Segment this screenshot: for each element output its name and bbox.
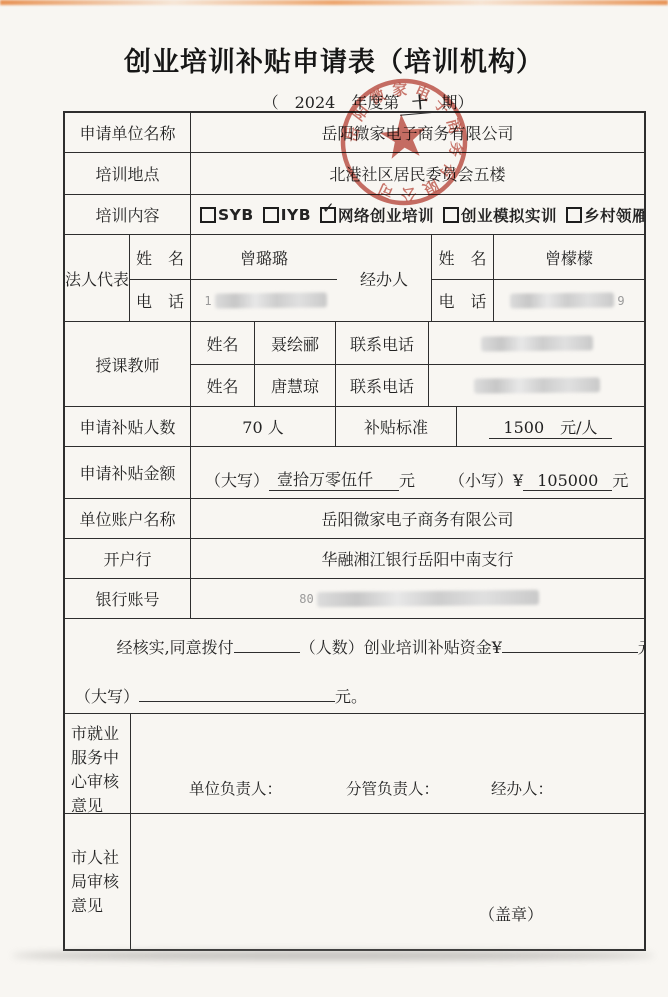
row-legal-rep-agent: 法人代表 姓 名 曾璐璐 电 话 1 经办人 姓 名 曾檬檬 电 话 — [65, 235, 644, 322]
legal-rep-phone-redacted: 1 — [191, 280, 337, 321]
blank-line — [502, 637, 638, 653]
account-no-redacted: 80 — [191, 579, 644, 618]
amount-daxie-label: （大写） — [205, 468, 269, 491]
teachers-cells: 姓名 聂绘郦 联系电话 姓名 唐慧琼 联系电话 — [191, 322, 644, 406]
redaction-blur — [473, 377, 599, 393]
center-review-body: 单位负责人： 分管负责人： 经办人： — [131, 714, 644, 813]
row-location: 培训地点 北港社区居民委员会五楼 — [65, 153, 644, 195]
subtitle-open: （ — [263, 93, 279, 112]
unit-responsible-label: 单位负责人： — [189, 777, 282, 799]
content-label: 培训内容 — [65, 195, 191, 234]
amount-xiaoxie-label: （小写）¥ — [449, 468, 523, 491]
blank-line — [139, 686, 335, 702]
bank-value: 华融湘江银行岳阳中南支行 — [191, 539, 644, 578]
branch-responsible-label: 分管负责人： — [346, 777, 439, 799]
people-value: 70 人 — [191, 407, 336, 446]
checkbox-unchecked-icon — [443, 207, 459, 223]
redaction-blur — [317, 590, 539, 607]
checkbox-unchecked-icon — [566, 207, 582, 223]
option-network-training: ✓网络创业培训 — [320, 204, 434, 226]
agent-cells: 姓 名 曾檬檬 电 话 9 — [432, 235, 644, 321]
row-account-no: 银行账号 80 — [65, 579, 644, 619]
teacher1-phone-label: 联系电话 — [336, 322, 429, 364]
scan-top-streak — [0, 0, 668, 5]
amount-daxie-value: 壹拾万零伍仟 — [269, 467, 399, 491]
approval-text: 经核实,同意拨付（人数）创业培训补贴资金¥元 （大写）元。 — [65, 619, 644, 713]
option-iyb: IYB — [263, 206, 311, 224]
subtitle-tail: 期） — [441, 93, 473, 112]
center-review-signers: 单位负责人： 分管负责人： 经办人： — [131, 777, 644, 813]
checkbox-unchecked-icon — [263, 207, 279, 223]
redaction-blur — [480, 335, 592, 351]
amount-label: 申请补贴金额 — [65, 447, 191, 498]
standard-label: 补贴标准 — [336, 407, 457, 446]
account-name-label: 单位账户名称 — [65, 499, 191, 538]
teacher2-name-label: 姓名 — [191, 365, 255, 406]
legal-rep-label: 法人代表 — [65, 235, 130, 321]
legal-rep-name-label: 姓 名 — [130, 235, 191, 279]
standard-value: 1500 元/人 — [457, 407, 644, 446]
bank-label: 开户行 — [65, 539, 191, 578]
agent-phone-redacted: 9 — [494, 280, 644, 321]
unit-name-label: 申请单位名称 — [65, 113, 191, 152]
redaction-blur — [510, 292, 614, 308]
teacher2-name: 唐慧琼 — [255, 365, 336, 406]
location-label: 培训地点 — [65, 153, 191, 194]
teacher-row-1: 姓名 聂绘郦 联系电话 — [191, 322, 644, 365]
row-teachers: 授课教师 姓名 聂绘郦 联系电话 姓名 唐慧琼 联系电话 — [65, 322, 644, 407]
bureau-review-label: 市人社 局审核 意见 — [65, 814, 131, 949]
row-people-standard: 申请补贴人数 70 人 补贴标准 1500 元/人 — [65, 407, 644, 447]
account-no-label: 银行账号 — [65, 579, 191, 618]
row-amount: 申请补贴金额 （大写）壹拾万零伍仟元（小写）¥105000元 — [65, 447, 644, 499]
blank-line — [234, 637, 300, 653]
center-review-label: 市就业 服务中 心审核 意见 — [65, 714, 131, 813]
subtitle-mid: 年度第 — [351, 93, 399, 112]
agent-sign-label: 经办人： — [491, 777, 553, 799]
agent-phone-label: 电 话 — [432, 280, 494, 321]
teacher-row-2: 姓名 唐慧琼 联系电话 — [191, 365, 644, 406]
row-bank: 开户行 华融湘江银行岳阳中南支行 — [65, 539, 644, 579]
account-name-value: 岳阳微家电子商务有限公司 — [191, 499, 644, 538]
row-approval-text: 经核实,同意拨付（人数）创业培训补贴资金¥元 （大写）元。 — [65, 619, 644, 714]
agent-name-label: 姓 名 — [432, 235, 494, 279]
legal-rep-phone-label: 电 话 — [130, 280, 191, 321]
option-simulation: 创业模拟实训 — [443, 204, 557, 226]
teachers-label: 授课教师 — [65, 322, 191, 406]
legal-rep-cells: 姓 名 曾璐璐 电 话 1 — [130, 235, 337, 321]
row-center-review: 市就业 服务中 心审核 意见 单位负责人： 分管负责人： 经办人： — [65, 714, 644, 814]
row-content: 培训内容 SYB IYB ✓网络创业培训 创业模拟实训 乡村领雁 — [65, 195, 644, 235]
amount-value: （大写）壹拾万零伍仟元（小写）¥105000元 — [191, 447, 644, 498]
location-value: 北港社区居民委员会五楼 — [191, 153, 644, 194]
teacher2-phone-redacted — [429, 365, 644, 406]
option-rural-leader: 乡村领雁 — [566, 204, 644, 226]
subtitle-year: 2024 — [279, 93, 352, 113]
scanned-form-page: 创业培训补贴申请表（培训机构） （2024年度第十期） 申请单位名称 岳阳微家电… — [0, 0, 668, 997]
row-unit-name: 申请单位名称 岳阳微家电子商务有限公司 — [65, 113, 644, 153]
row-bureau-review: 市人社 局审核 意见 （盖章） — [65, 814, 644, 949]
unit-name-value: 岳阳微家电子商务有限公司 — [191, 113, 644, 152]
bureau-review-body: （盖章） — [131, 814, 644, 949]
people-label: 申请补贴人数 — [65, 407, 191, 446]
page-bottom-shadow — [12, 951, 654, 960]
legal-rep-name: 曾璐璐 — [191, 235, 337, 279]
content-options: SYB IYB ✓网络创业培训 创业模拟实训 乡村领雁 — [191, 195, 644, 234]
option-syb: SYB — [200, 206, 254, 224]
checkbox-checked-icon: ✓ — [320, 207, 336, 223]
teacher2-phone-label: 联系电话 — [336, 365, 429, 406]
checkbox-unchecked-icon — [200, 207, 216, 223]
agent-name: 曾檬檬 — [494, 235, 644, 279]
form-title: 创业培训补贴申请表（培训机构） — [0, 40, 668, 79]
redaction-blur — [215, 292, 327, 308]
amount-xiaoxie-value: 105000 — [523, 471, 612, 491]
seal-placeholder-label: （盖章） — [479, 902, 543, 925]
teacher1-name: 聂绘郦 — [255, 322, 336, 364]
teacher1-phone-redacted — [429, 322, 644, 364]
agent-label: 经办人 — [337, 235, 432, 321]
row-account-name: 单位账户名称 岳阳微家电子商务有限公司 — [65, 499, 644, 539]
teacher1-name-label: 姓名 — [191, 322, 255, 364]
application-table: 申请单位名称 岳阳微家电子商务有限公司 培训地点 北港社区居民委员会五楼 培训内… — [63, 111, 646, 951]
